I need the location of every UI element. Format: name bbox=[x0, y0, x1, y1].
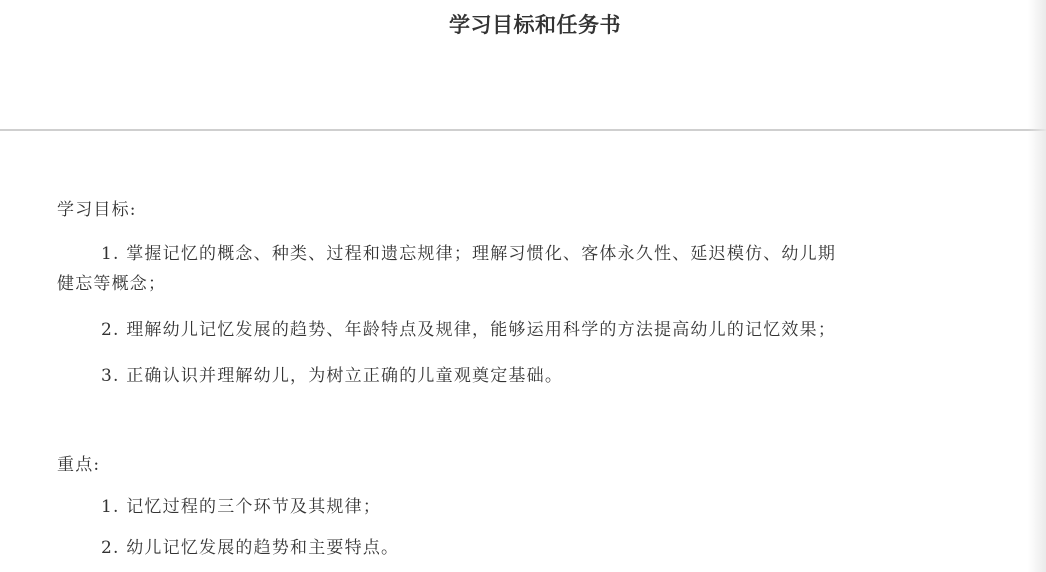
key-point-item-2: 2. 幼儿记忆发展的趋势和主要特点。 bbox=[101, 534, 399, 563]
header-divider bbox=[0, 129, 1046, 131]
key-point-item-1: 1. 记忆过程的三个环节及其规律； bbox=[101, 493, 381, 522]
scroll-edge-shadow bbox=[1028, 0, 1046, 572]
document-page: 学习目标和任务书 学习目标: 1. 掌握记忆的概念、种类、过程和遗忘规律；理解习… bbox=[0, 0, 1046, 572]
objective-item-1-line1: 1. 掌握记忆的概念、种类、过程和遗忘规律；理解习惯化、客体永久性、延迟模仿、幼… bbox=[101, 240, 836, 269]
objective-item-2: 2. 理解幼儿记忆发展的趋势、年龄特点及规律，能够运用科学的方法提高幼儿的记忆效… bbox=[101, 316, 836, 345]
objective-item-1-line2: 健忘等概念； bbox=[57, 270, 166, 299]
objective-item-3: 3. 正确认识并理解幼儿，为树立正确的儿童观奠定基础。 bbox=[101, 362, 563, 391]
objectives-heading: 学习目标: bbox=[57, 196, 137, 225]
page-title: 学习目标和任务书 bbox=[0, 10, 1046, 40]
key-points-heading: 重点: bbox=[57, 451, 100, 480]
